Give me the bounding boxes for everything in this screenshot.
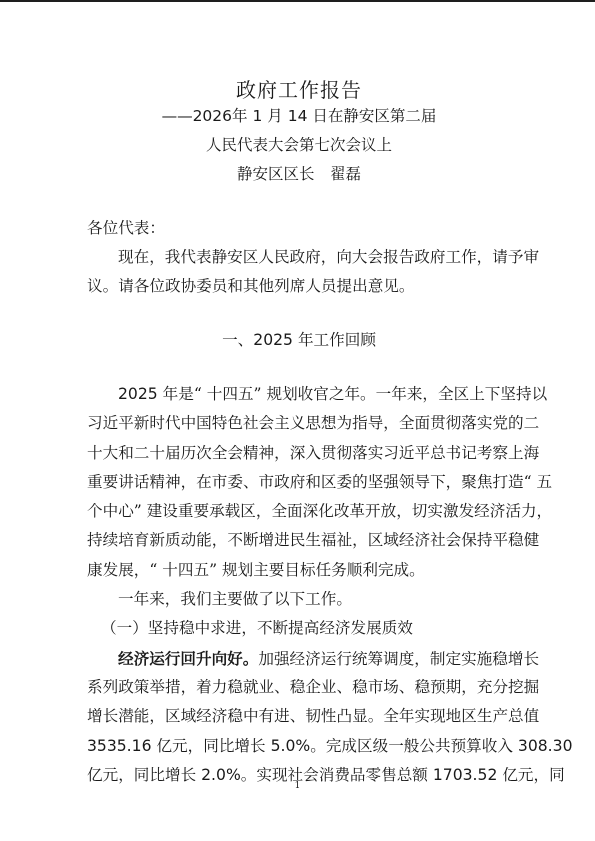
month: 1: [252, 107, 262, 125]
economy-first-line-text: 加强经济运行统筹调度，制定实施稳增长: [258, 650, 539, 668]
intro-paragraph: 现在，我代表静安区人民政府，向大会报告政府工作，请予审 议。请各位政协委员和其他…: [87, 243, 511, 302]
gdp-value: 3535.16: [87, 737, 151, 755]
gdp-growth: 5.0%: [271, 737, 311, 755]
text-run: 。完成区级一般公共预算收入: [310, 737, 513, 755]
review-line: 康发展，“ 十四五” 规划主要目标任务顺利完成。: [87, 556, 511, 585]
day: 14: [288, 107, 308, 125]
review-line: 习近平新时代中国特色社会主义思想为指导，全面贯彻落实党的二: [87, 409, 511, 438]
subsection-heading: （一）坚持稳中求进，不断提高经济发展质效: [87, 614, 511, 643]
section-heading: 一、2025 年工作回顾: [87, 328, 511, 352]
review-line: 重要讲话精神，在市委、市政府和区委的坚强领导下，聚焦打造“ 五: [87, 468, 511, 497]
summary-line: 一年来，我们主要做了以下工作。: [87, 585, 511, 614]
top-border-rule: [0, 0, 595, 2]
subtitle-meeting-line: 人民代表大会第七次会议上: [87, 133, 511, 157]
revenue-value: 308.30: [518, 737, 573, 755]
subtitle-date-line: ——2026年 1 月 14 日在静安区第二届: [87, 104, 511, 128]
text-run: 亿元，同比增长: [156, 737, 265, 755]
economy-line: 系列政策举措，着力稳就业、稳企业、稳市场、稳预期，充分挖掘: [87, 673, 511, 702]
page-number: 1: [0, 781, 595, 791]
section-year: 2025: [253, 331, 293, 349]
economy-line: 增长潜能，区域经济稳中有进、韧性凸显。全年实现地区生产总值: [87, 702, 511, 731]
section-prefix: 一、: [222, 331, 253, 349]
salutation-text: 各位代表：: [87, 214, 511, 243]
review-line: 持续培育新质动能，不断增进民生福祉，区域经济社会保持平稳健: [87, 526, 511, 555]
review-line: 个中心” 建设重要承载区，全面深化改革开放，切实激发经济活力，: [87, 497, 511, 526]
salutation: 各位代表：: [87, 214, 511, 243]
review-first-line-text: 年是“ 十四五” 规划收官之年。一年来，全区上下坚持以: [163, 385, 548, 403]
document-title: 政府工作报告: [87, 76, 511, 104]
section-suffix: 年工作回顾: [298, 331, 376, 349]
year: 2026: [193, 107, 232, 125]
subtitle-author-line: 静安区区长 翟磊: [87, 162, 511, 186]
intro-line: 议。请各位政协委员和其他列席人员提出意见。: [87, 272, 511, 301]
economy-bold-lead: 经济运行回升向好。: [118, 649, 258, 668]
subtitle-rest: 日在静安区第二届: [312, 107, 436, 125]
review-line: 十大和二十届历次全会精神，深入贯彻落实习近平总书记考察上海: [87, 439, 511, 468]
economy-line: 3535.16 亿元，同比增长 5.0%。完成区级一般公共预算收入 308.30: [87, 732, 511, 761]
review-year: 2025: [118, 385, 158, 403]
economy-line: 经济运行回升向好。加强经济运行统筹调度，制定实施稳增长: [87, 644, 511, 673]
dash: ——: [162, 107, 193, 125]
intro-line: 现在，我代表静安区人民政府，向大会报告政府工作，请予审: [87, 243, 511, 272]
review-paragraph: 2025 年是“ 十四五” 规划收官之年。一年来，全区上下坚持以 习近平新时代中…: [87, 380, 511, 790]
year-unit: 年: [232, 107, 248, 125]
month-unit: 月: [267, 107, 283, 125]
review-line: 2025 年是“ 十四五” 规划收官之年。一年来，全区上下坚持以: [87, 380, 511, 409]
